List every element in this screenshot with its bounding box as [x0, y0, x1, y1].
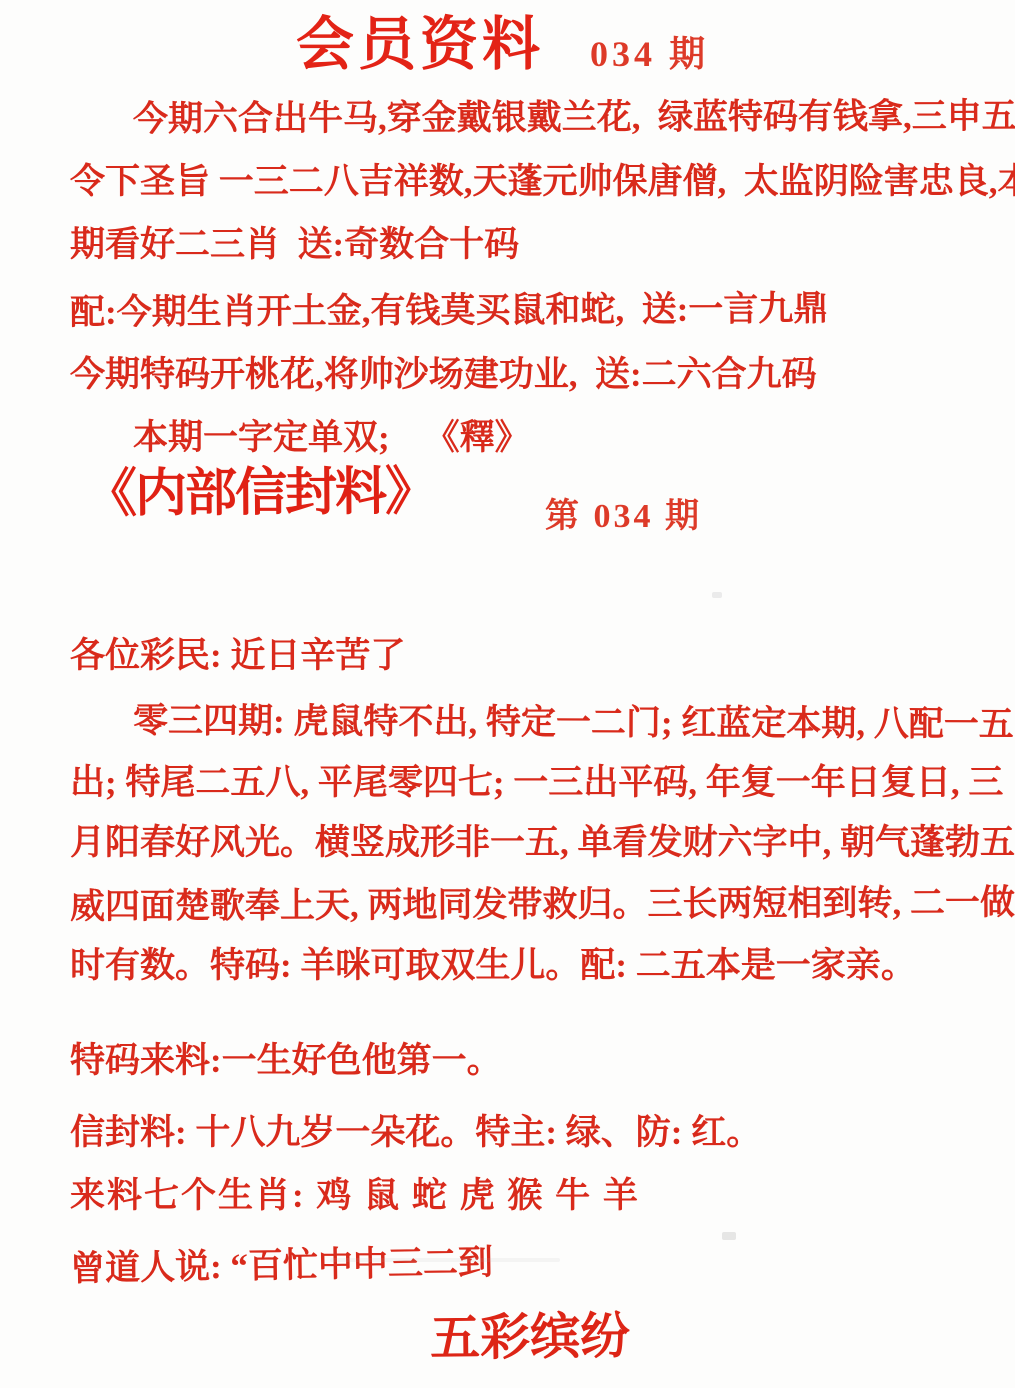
intro-line-1: 今期六合出牛马,穿金戴银戴兰花, 绿蓝特码有钱拿,三申五: [133, 98, 1015, 136]
main-paragraph-line-1: 零三四期: 虎鼠特不出, 特定一二门; 红蓝定本期, 八配一五: [133, 703, 1014, 742]
footer-slogan: 五彩缤纷: [430, 1311, 631, 1363]
scan-artifact: [722, 1232, 736, 1240]
main-paragraph-line-5: 时有数。特码: 羊咪可取双生儿。配: 二五本是一家亲。: [70, 948, 916, 983]
tip-line-pei: 配:今期生肖开土金,有钱莫买鼠和蛇, 送:一言九鼎: [70, 291, 828, 330]
zengdaoren-line: 曾道人说: “百忙中中三二到: [70, 1245, 493, 1287]
scan-artifact: [712, 592, 722, 598]
intro-line-3: 期看好二三肖 送:奇数合十码: [70, 227, 519, 262]
greeting-line: 各位彩民: 近日辛苦了: [70, 638, 405, 673]
main-paragraph-line-2: 出; 特尾二五八, 平尾零四七; 一三出平码, 年复一年日复日, 三: [70, 765, 1003, 800]
page-title: 会员资料: [296, 16, 544, 74]
xinfengliao-line: 信封料: 十八九岁一朵花。特主: 绿、防: 红。: [70, 1115, 761, 1150]
main-paragraph-line-4: 威四面楚歌奉上天, 两地同发带救归。三长两短相到转, 二一做五: [70, 885, 1015, 924]
page-title-issue: 034 期: [590, 36, 709, 72]
envelope-heading: 《内部信封料》: [85, 467, 435, 521]
scanned-lottery-flyer: 会员资料 034 期 今期六合出牛马,穿金戴银戴兰花, 绿蓝特码有钱拿,三申五 …: [0, 0, 1015, 1388]
tema-lailiao-line: 特码来料:一生好色他第一。: [70, 1043, 502, 1078]
intro-line-2: 令下圣旨 一三二八吉祥数,天蓬元帅保唐僧, 太监阴险害忠良,本: [70, 164, 1015, 199]
tip-line-tema: 今期特码开桃花,将帅沙场建功业, 送:二六合九码: [70, 357, 817, 392]
scan-artifact: [330, 1258, 560, 1262]
shengxiao-line: 来料七个生肖: 鸡 鼠 蛇 虎 猴 牛 羊: [70, 1178, 640, 1213]
envelope-issue: 第 034 期: [545, 500, 702, 534]
main-paragraph-line-3: 月阳春好风光。横竖成形非一五, 单看发财六字中, 朝气蓬勃五显: [70, 825, 1015, 860]
tip-line-danshuang: 本期一字定单双; 《釋》: [133, 420, 530, 455]
